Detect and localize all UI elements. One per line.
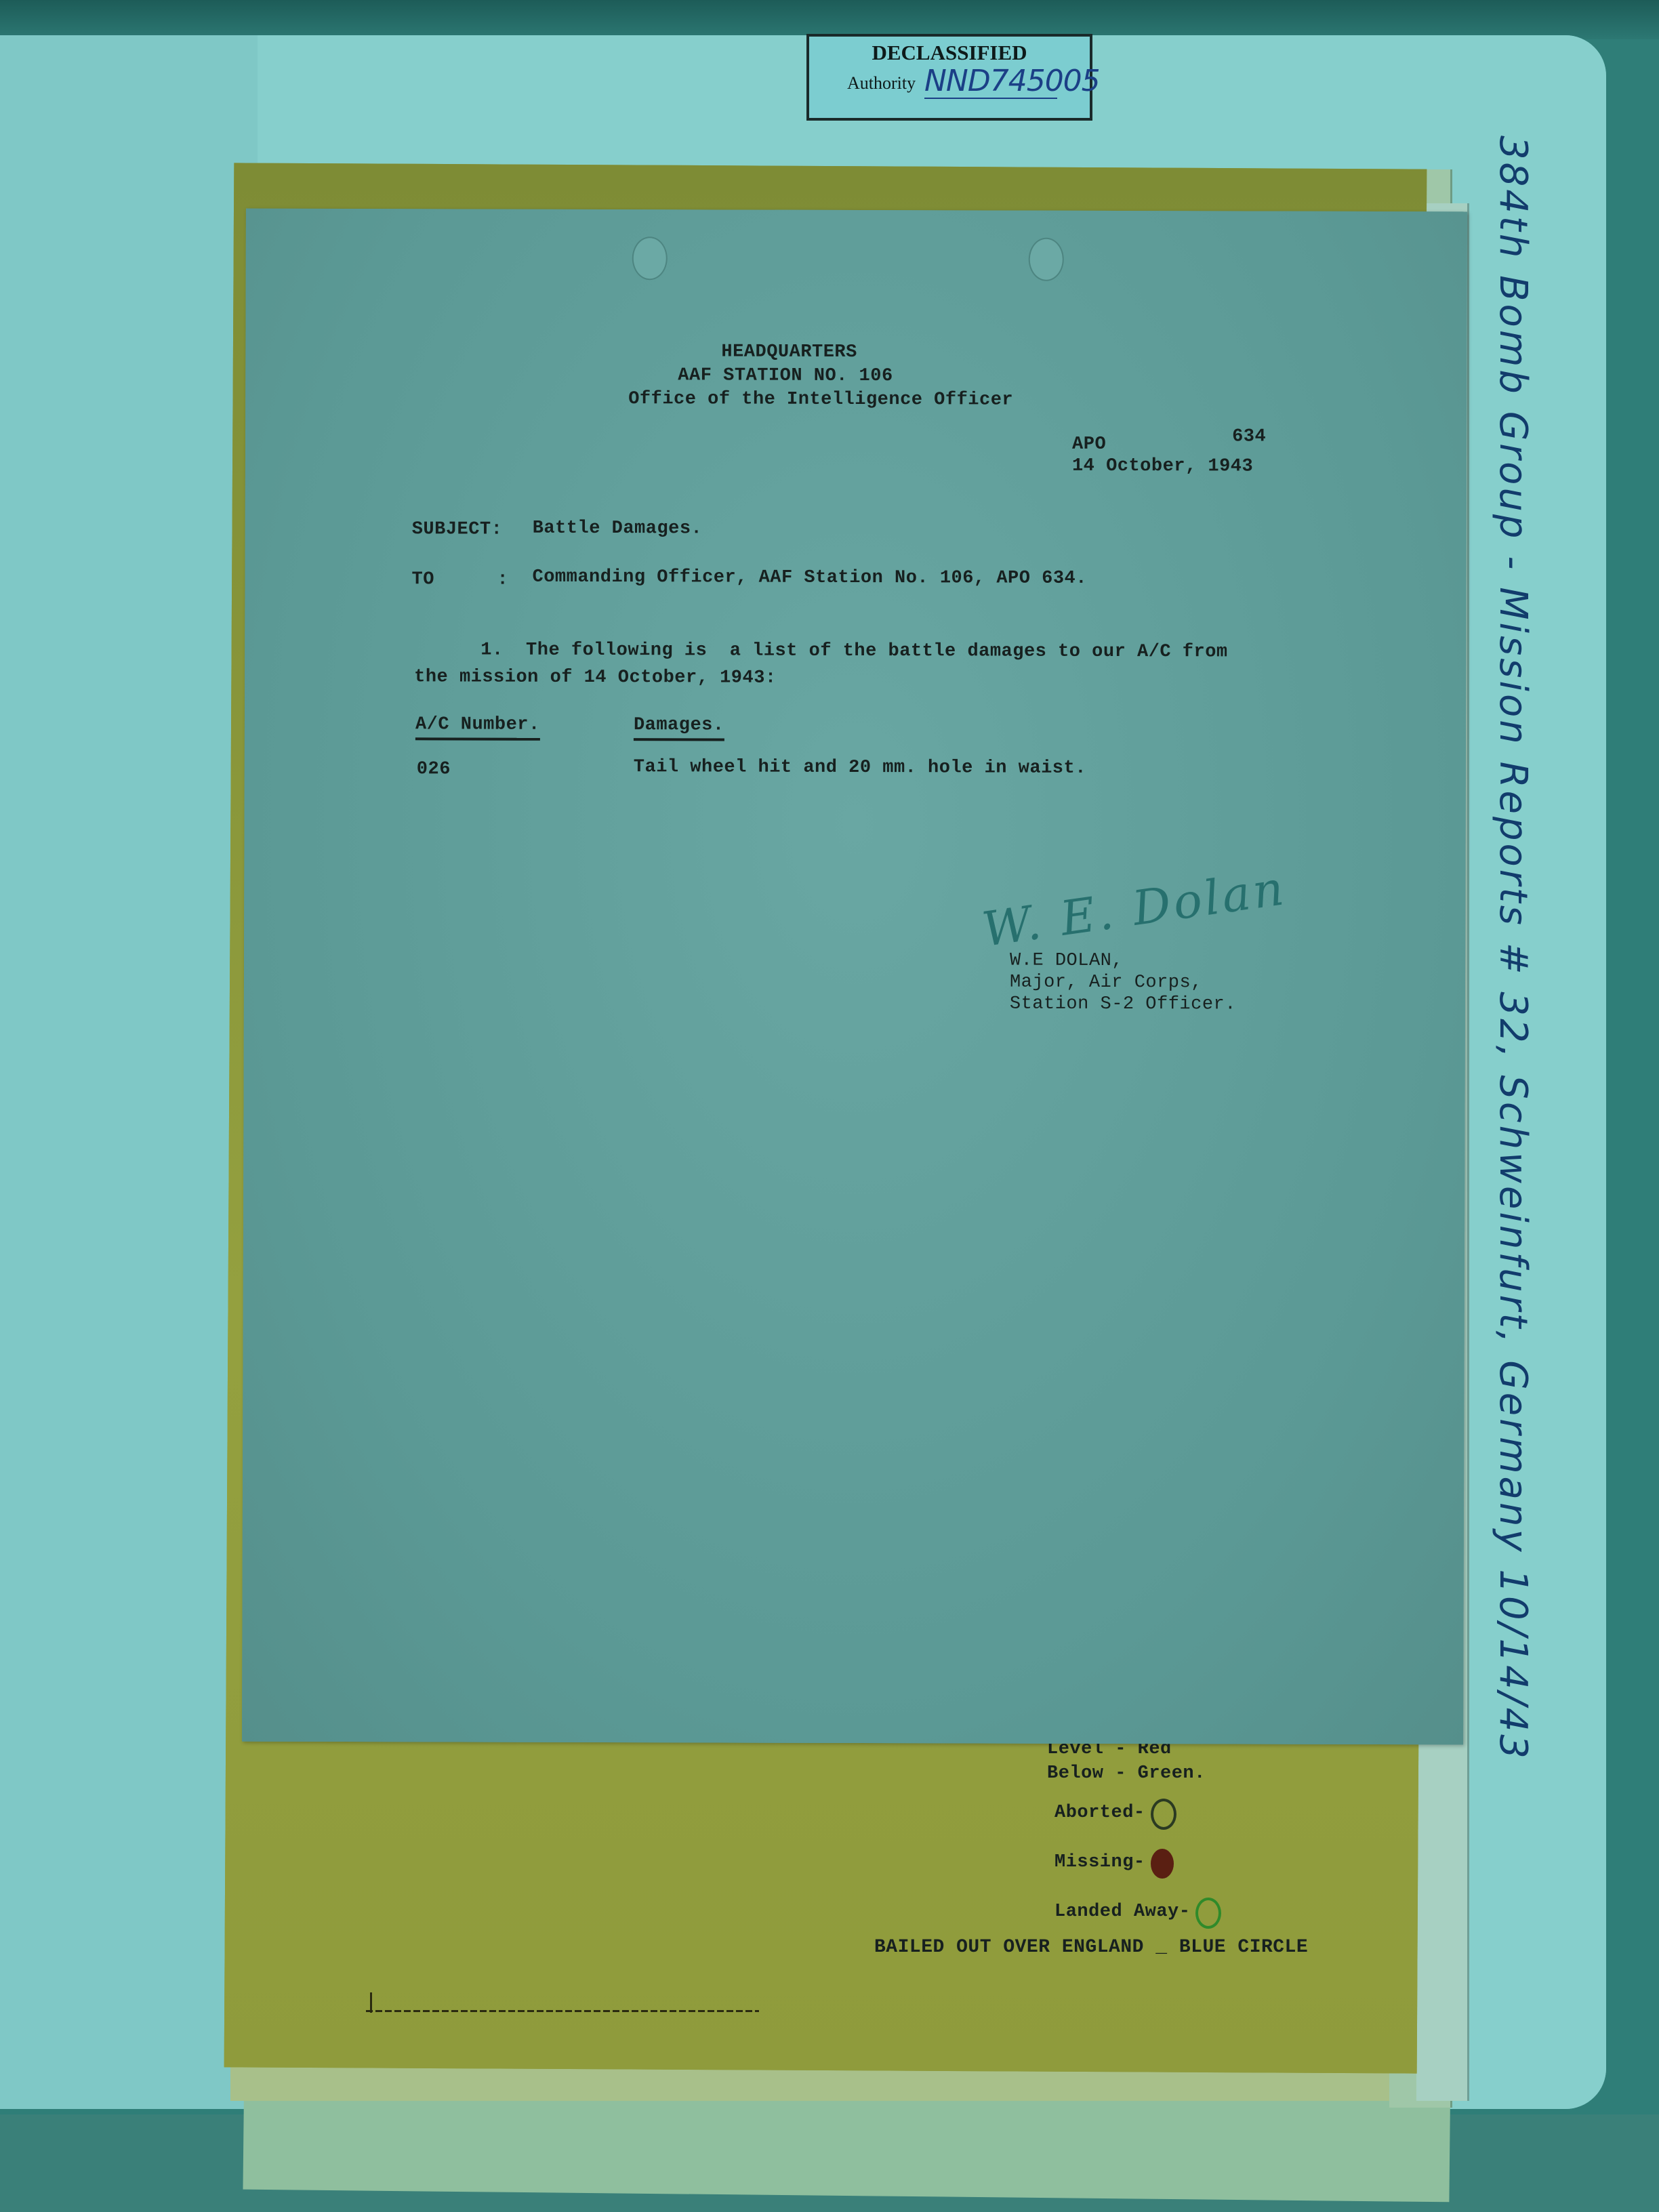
green-circle-icon: [1195, 1898, 1221, 1929]
table-header-damages: Damages.: [634, 715, 724, 741]
legend-missing: Missing-: [1054, 1849, 1174, 1879]
stamp-authority-label: Authority: [847, 73, 916, 94]
to-colon: :: [497, 570, 508, 590]
legend-landed-away: Landed Away-: [1054, 1898, 1221, 1929]
open-circle-icon: [1151, 1799, 1176, 1830]
memo-sheet: HEADQUARTERS AAF STATION NO. 106 Office …: [242, 209, 1467, 1745]
stamp-title: DECLASSIFIED: [809, 41, 1090, 65]
legend-below: Below - Green.: [1047, 1763, 1206, 1784]
paragraph-line-1: 1. The following is a list of the battle…: [480, 640, 1227, 663]
filled-circle-icon: [1151, 1849, 1174, 1879]
punch-hole: [632, 237, 668, 280]
apo-label: APO: [1072, 434, 1106, 455]
memo-date: 14 October, 1943: [1072, 456, 1253, 477]
table-header-ac-number: A/C Number.: [415, 714, 540, 740]
signature-name: W.E DOLAN,: [1010, 951, 1123, 971]
legend-missing-label: Missing-: [1054, 1852, 1145, 1872]
legend-aborted-label: Aborted-: [1054, 1803, 1145, 1823]
legend-landed-away-label: Landed Away-: [1054, 1902, 1190, 1922]
signature-title: Station S-2 Officer.: [1010, 994, 1236, 1015]
subject-value: Battle Damages.: [533, 518, 703, 539]
header-headquarters: HEADQUARTERS: [721, 342, 857, 363]
paragraph-line-2: the mission of 14 October, 1943:: [414, 667, 777, 688]
signature-rank: Major, Air Corps,: [1010, 972, 1202, 994]
header-office: Office of the Intelligence Officer: [628, 389, 1013, 410]
to-value: Commanding Officer, AAF Station No. 106,…: [533, 567, 1088, 589]
declassified-stamp: DECLASSIFIED Authority NND745005: [806, 34, 1092, 121]
legend-bailed-out: BAILED OUT OVER ENGLAND _ BLUE CIRCLE: [874, 1937, 1308, 1958]
handwritten-folder-label: 384th Bomb Group - Mission Reports # 32,…: [1491, 136, 1535, 1761]
header-station: AAF STATION NO. 106: [678, 365, 893, 386]
punch-hole: [1029, 238, 1064, 281]
table-cell-ac-number: 026: [417, 759, 451, 779]
legend-aborted: Aborted-: [1054, 1799, 1176, 1830]
to-label: TO: [411, 569, 434, 590]
stamp-authority-value: NND745005: [924, 64, 1100, 98]
subject-label: SUBJECT:: [412, 519, 503, 539]
apo-number: 634: [1232, 426, 1266, 447]
stamp-underline: [924, 98, 1057, 99]
table-cell-damages: Tail wheel hit and 20 mm. hole in waist.: [634, 757, 1086, 779]
dotted-line: [366, 2010, 759, 2012]
